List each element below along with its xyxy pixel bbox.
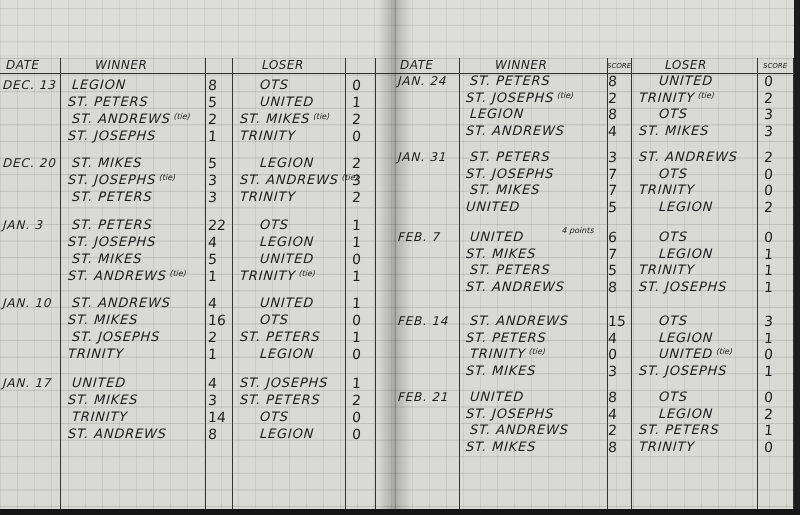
- winner-name: ST. MIKES: [465, 247, 536, 262]
- winner-team: ST. ANDREWS(tie): [67, 269, 186, 284]
- loser-team: TRINITY(tie): [239, 269, 315, 284]
- loser-team: OTS: [658, 230, 688, 245]
- winner-score: 4: [207, 235, 217, 251]
- loser-name: ST. PETERS: [239, 393, 320, 408]
- winner-name: ST. PETERS: [465, 331, 546, 346]
- loser-name: TRINITY: [239, 190, 296, 205]
- winner-team: ST. PETERS: [465, 331, 546, 346]
- loser-score: 1: [351, 218, 361, 234]
- winner-name: ST. PETERS: [67, 95, 148, 110]
- header-rule: [0, 73, 395, 74]
- loser-score: 2: [763, 91, 773, 107]
- winner-score: 14: [207, 410, 226, 426]
- winner-team: LEGION: [71, 78, 126, 93]
- round-date: DEC. 13: [3, 78, 58, 92]
- winner-team: ST. PETERS: [67, 95, 148, 110]
- column-header-loser: LOSER: [665, 58, 707, 72]
- winner-team: ST. PETERS: [71, 218, 152, 233]
- loser-name: ST. JOSEPHS: [638, 364, 727, 379]
- loser-name: OTS: [259, 218, 289, 233]
- winner-team: ST. JOSEPHS: [71, 330, 160, 345]
- loser-score: 2: [351, 112, 361, 128]
- winner-team: ST. ANDREWS: [469, 314, 569, 329]
- winner-team: ST. PETERS: [71, 190, 152, 205]
- winner-team: ST. MIKES: [71, 252, 142, 267]
- winner-score: 1: [207, 347, 217, 363]
- winner-name: ST. JOSEPHS: [71, 330, 160, 345]
- loser-team: UNITED: [259, 296, 314, 311]
- loser-team: LEGION: [658, 407, 713, 422]
- winner-name: ST. JOSEPHS: [465, 167, 554, 182]
- loser-name: ST. ANDREWS: [638, 150, 738, 165]
- winner-score: 5: [207, 252, 217, 268]
- loser-team: TRINITY: [638, 183, 695, 198]
- tie-mark: (tie): [299, 269, 316, 278]
- winner-score: 16: [207, 313, 226, 329]
- loser-name: OTS: [658, 314, 688, 329]
- loser-name: ST. ANDREWS: [239, 173, 339, 188]
- column-rule: [232, 58, 233, 510]
- winner-team: ST. MIKES: [71, 156, 142, 171]
- winner-team: LEGION: [469, 107, 524, 122]
- loser-name: OTS: [658, 230, 688, 245]
- winner-team: ST. ANDREWS: [71, 296, 171, 311]
- loser-score: 1: [351, 296, 361, 312]
- loser-score: 0: [351, 313, 361, 329]
- winner-score: 5: [607, 263, 617, 279]
- faint-page-header: [0, 0, 395, 55]
- winner-score: 8: [607, 440, 617, 456]
- column-header-score: SCORE: [607, 62, 631, 70]
- winner-score: 4: [207, 296, 217, 312]
- round-date: JAN. 10: [3, 296, 53, 310]
- winner-name: ST. ANDREWS: [469, 423, 569, 438]
- column-rule: [60, 58, 61, 510]
- loser-name: LEGION: [259, 347, 314, 362]
- round-date: FEB. 14: [398, 314, 450, 328]
- winner-team: ST. MIKES: [465, 247, 536, 262]
- winner-name: ST. ANDREWS: [465, 280, 565, 295]
- loser-name: LEGION: [658, 247, 713, 262]
- winner-team: ST. JOSEPHS: [465, 407, 554, 422]
- loser-team: OTS: [658, 314, 688, 329]
- loser-team: LEGION: [259, 347, 314, 362]
- loser-name: OTS: [658, 107, 688, 122]
- loser-name: OTS: [259, 78, 289, 93]
- winner-name: UNITED: [465, 200, 520, 215]
- column-header-winner: WINNER: [495, 58, 547, 72]
- tie-mark: (tie): [716, 347, 733, 356]
- loser-team: ST. MIKES(tie): [239, 112, 330, 127]
- winner-name: ST. PETERS: [469, 263, 550, 278]
- right-page: DATEWINNERSCORELOSERSCOREJAN. 24ST. PETE…: [395, 0, 795, 510]
- left-ledger-table: DATEWINNERLOSERDEC. 13LEGION8OTS0ST. PET…: [0, 58, 395, 510]
- winner-score: 7: [607, 183, 617, 199]
- loser-name: ST. PETERS: [638, 423, 719, 438]
- winner-name: ST. ANDREWS: [469, 314, 569, 329]
- loser-score: 0: [351, 347, 361, 363]
- round-date: DEC. 20: [3, 156, 58, 170]
- round-date: FEB. 21: [398, 390, 450, 404]
- winner-team: ST. MIKES: [469, 183, 540, 198]
- loser-score: 1: [763, 247, 773, 263]
- winner-team: ST. ANDREWS: [67, 427, 167, 442]
- loser-score: 3: [763, 314, 773, 330]
- loser-score: 0: [351, 252, 361, 268]
- winner-team: ST. PETERS: [469, 150, 550, 165]
- loser-team: LEGION: [259, 235, 314, 250]
- winner-team: ST. PETERS: [469, 74, 550, 89]
- winner-name: TRINITY: [67, 347, 124, 362]
- winner-name: ST. PETERS: [469, 74, 550, 89]
- round-date: JAN. 3: [3, 218, 45, 232]
- loser-name: LEGION: [658, 407, 713, 422]
- winner-score: 8: [607, 74, 617, 90]
- winner-score: 3: [207, 173, 217, 189]
- winner-score: 6: [607, 230, 617, 246]
- loser-score: 0: [763, 390, 773, 406]
- loser-name: TRINITY: [638, 263, 695, 278]
- loser-name: UNITED: [658, 347, 713, 362]
- loser-score: 2: [351, 156, 361, 172]
- loser-score: 1: [763, 331, 773, 347]
- loser-score: 0: [351, 129, 361, 145]
- winner-score: 4: [607, 407, 617, 423]
- loser-name: TRINITY: [638, 183, 695, 198]
- column-rule: [345, 58, 346, 510]
- winner-team: ST. JOSEPHS: [67, 235, 156, 250]
- loser-team: OTS: [259, 218, 289, 233]
- winner-name: ST. ANDREWS: [71, 296, 171, 311]
- loser-score: 1: [351, 269, 361, 285]
- loser-name: TRINITY: [239, 269, 296, 284]
- loser-team: LEGION: [658, 247, 713, 262]
- winner-name: ST. JOSEPHS: [67, 129, 156, 144]
- winner-team: ST. MIKES: [67, 393, 138, 408]
- loser-name: OTS: [259, 313, 289, 328]
- loser-score: 0: [763, 440, 773, 456]
- tie-mark: (tie): [557, 91, 574, 100]
- winner-score: 4: [607, 331, 617, 347]
- winner-name: ST. ANDREWS: [67, 269, 167, 284]
- loser-team: ST. JOSEPHS: [638, 364, 727, 379]
- loser-team: OTS: [658, 390, 688, 405]
- round-date: JAN. 17: [3, 376, 53, 390]
- left-page: DATEWINNERLOSERDEC. 13LEGION8OTS0ST. PET…: [0, 0, 395, 510]
- winner-name: ST. ANDREWS: [67, 427, 167, 442]
- winner-name: TRINITY: [469, 347, 526, 362]
- winner-score: 8: [607, 107, 617, 123]
- column-rule: [375, 58, 376, 510]
- loser-team: ST. ANDREWS(tie): [239, 173, 358, 188]
- loser-name: LEGION: [259, 235, 314, 250]
- winner-team: ST. JOSEPHS: [67, 129, 156, 144]
- loser-name: OTS: [658, 390, 688, 405]
- winner-name: ST. MIKES: [465, 440, 536, 455]
- right-ledger-table: DATEWINNERSCORELOSERSCOREJAN. 24ST. PETE…: [395, 58, 795, 510]
- column-header-loser-score: SCORE: [763, 62, 787, 70]
- tie-mark: (tie): [170, 269, 187, 278]
- winner-score: 5: [607, 200, 617, 216]
- round-date: JAN. 24: [398, 74, 448, 88]
- loser-team: ST. PETERS: [239, 393, 320, 408]
- winner-name: ST. JOSEPHS: [465, 91, 554, 106]
- loser-score: 3: [351, 173, 361, 189]
- winner-team: ST. ANDREWS: [469, 423, 569, 438]
- winner-team: ST. JOSEPHS(tie): [465, 91, 574, 106]
- loser-team: OTS: [658, 167, 688, 182]
- tie-mark: (tie): [313, 112, 330, 121]
- winner-score: 1: [207, 129, 217, 145]
- loser-name: ST. MIKES: [239, 112, 310, 127]
- column-rule: [631, 58, 632, 510]
- winner-score: 5: [207, 156, 217, 172]
- loser-team: OTS: [658, 107, 688, 122]
- loser-score: 1: [763, 263, 773, 279]
- loser-name: TRINITY: [239, 129, 296, 144]
- loser-score: 2: [763, 150, 773, 166]
- winner-team: ST. MIKES: [67, 313, 138, 328]
- winner-score: 8: [207, 78, 217, 94]
- loser-team: ST. PETERS: [239, 330, 320, 345]
- winner-score: 2: [607, 423, 617, 439]
- winner-team: UNITED: [71, 376, 126, 391]
- loser-team: OTS: [259, 410, 289, 425]
- winner-score: 2: [607, 91, 617, 107]
- loser-team: OTS: [259, 313, 289, 328]
- winner-name: ST. PETERS: [71, 190, 152, 205]
- page-edge: [794, 0, 800, 515]
- loser-score: 0: [351, 410, 361, 426]
- winner-score: 22: [207, 218, 226, 234]
- loser-score: 2: [351, 190, 361, 206]
- loser-score: 1: [351, 330, 361, 346]
- winner-name: UNITED: [469, 230, 524, 245]
- loser-team: ST. JOSEPHS: [239, 376, 328, 391]
- winner-score: 3: [607, 150, 617, 166]
- open-scorebook: DATEWINNERLOSERDEC. 13LEGION8OTS0ST. PET…: [0, 0, 800, 515]
- winner-team: ST. JOSEPHS: [465, 167, 554, 182]
- tie-mark: (tie): [529, 347, 546, 356]
- winner-team: ST. ANDREWS(tie): [71, 112, 190, 127]
- winner-team: ST. MIKES: [465, 364, 536, 379]
- loser-team: LEGION: [259, 156, 314, 171]
- winner-score: 5: [207, 95, 217, 111]
- loser-team: UNITED: [658, 74, 713, 89]
- winner-score: 8: [607, 280, 617, 296]
- loser-score: 0: [763, 183, 773, 199]
- loser-score: 0: [351, 427, 361, 443]
- tie-mark: (tie): [159, 173, 176, 182]
- column-header-winner: WINNER: [95, 58, 147, 72]
- loser-team: ST. JOSEPHS: [638, 280, 727, 295]
- winner-name: ST. MIKES: [67, 393, 138, 408]
- column-rule: [205, 58, 206, 510]
- round-date: FEB. 7: [398, 230, 442, 244]
- score-note: 4 points: [562, 226, 595, 235]
- winner-team: TRINITY(tie): [469, 347, 545, 362]
- winner-score: 8: [607, 390, 617, 406]
- loser-score: 1: [763, 364, 773, 380]
- loser-name: OTS: [658, 167, 688, 182]
- loser-team: UNITED: [259, 95, 314, 110]
- winner-team: ST. JOSEPHS(tie): [67, 173, 176, 188]
- loser-team: UNITED: [259, 252, 314, 267]
- loser-name: ST. JOSEPHS: [239, 376, 328, 391]
- loser-score: 0: [763, 74, 773, 90]
- faint-page-header: [395, 0, 795, 55]
- column-header-loser: LOSER: [262, 58, 304, 72]
- winner-name: ST. MIKES: [71, 252, 142, 267]
- winner-name: TRINITY: [71, 410, 128, 425]
- loser-score: 1: [763, 280, 773, 296]
- winner-score: 8: [207, 427, 217, 443]
- loser-team: ST. PETERS: [638, 423, 719, 438]
- loser-name: ST. PETERS: [239, 330, 320, 345]
- winner-team: UNITED: [469, 390, 524, 405]
- loser-team: TRINITY: [638, 440, 695, 455]
- loser-score: 0: [763, 167, 773, 183]
- winner-name: UNITED: [71, 376, 126, 391]
- winner-name: ST. MIKES: [465, 364, 536, 379]
- winner-name: ST. ANDREWS: [71, 112, 171, 127]
- header-rule: [395, 73, 795, 74]
- loser-team: LEGION: [259, 427, 314, 442]
- winner-team: ST. PETERS: [469, 263, 550, 278]
- winner-score: 4: [207, 376, 217, 392]
- winner-team: UNITED: [465, 200, 520, 215]
- winner-score: 0: [607, 347, 617, 363]
- winner-name: ST. MIKES: [71, 156, 142, 171]
- loser-team: TRINITY(tie): [638, 91, 714, 106]
- winner-score: 7: [607, 247, 617, 263]
- winner-name: ST. MIKES: [67, 313, 138, 328]
- winner-score: 15: [607, 314, 626, 330]
- loser-score: 1: [351, 376, 361, 392]
- loser-score: 0: [763, 230, 773, 246]
- loser-score: 1: [351, 235, 361, 251]
- winner-name: ST. ANDREWS: [465, 124, 565, 139]
- winner-score: 2: [207, 330, 217, 346]
- loser-score: 3: [763, 107, 773, 123]
- tie-mark: (tie): [698, 91, 715, 100]
- winner-score: 4: [607, 124, 617, 140]
- round-date: JAN. 31: [398, 150, 448, 164]
- loser-team: ST. MIKES: [638, 124, 709, 139]
- loser-team: ST. ANDREWS: [638, 150, 738, 165]
- winner-score: 3: [207, 393, 217, 409]
- winner-name: ST. PETERS: [71, 218, 152, 233]
- loser-score: 0: [351, 78, 361, 94]
- loser-score: 3: [763, 124, 773, 140]
- loser-score: 1: [763, 423, 773, 439]
- winner-team: ST. ANDREWS: [465, 280, 565, 295]
- column-rule: [459, 58, 460, 510]
- loser-name: TRINITY: [638, 440, 695, 455]
- loser-team: OTS: [259, 78, 289, 93]
- loser-name: OTS: [259, 410, 289, 425]
- loser-score: 2: [763, 407, 773, 423]
- winner-team: TRINITY: [71, 410, 128, 425]
- column-header-date: DATE: [6, 58, 40, 72]
- loser-name: LEGION: [259, 427, 314, 442]
- loser-score: 2: [763, 200, 773, 216]
- loser-score: 0: [763, 347, 773, 363]
- loser-score: 1: [351, 95, 361, 111]
- winner-name: ST. MIKES: [469, 183, 540, 198]
- loser-name: LEGION: [259, 156, 314, 171]
- winner-name: ST. JOSEPHS: [465, 407, 554, 422]
- winner-name: UNITED: [469, 390, 524, 405]
- winner-team: ST. ANDREWS: [465, 124, 565, 139]
- tie-mark: (tie): [174, 112, 191, 121]
- winner-name: LEGION: [469, 107, 524, 122]
- loser-name: UNITED: [658, 74, 713, 89]
- column-rule: [757, 58, 758, 510]
- loser-name: TRINITY: [638, 91, 695, 106]
- winner-name: ST. PETERS: [469, 150, 550, 165]
- winner-score: 2: [207, 112, 217, 128]
- winner-name: LEGION: [71, 78, 126, 93]
- winner-score: 3: [607, 364, 617, 380]
- winner-name: ST. JOSEPHS: [67, 235, 156, 250]
- loser-team: TRINITY: [239, 190, 296, 205]
- loser-name: LEGION: [658, 200, 713, 215]
- loser-team: LEGION: [658, 331, 713, 346]
- winner-team: UNITED: [469, 230, 524, 245]
- loser-team: TRINITY: [638, 263, 695, 278]
- loser-score: 2: [351, 393, 361, 409]
- loser-team: TRINITY: [239, 129, 296, 144]
- winner-score: 1: [207, 269, 217, 285]
- page-edge: [0, 509, 800, 515]
- loser-team: LEGION: [658, 200, 713, 215]
- loser-name: ST. MIKES: [638, 124, 709, 139]
- winner-score: 3: [207, 190, 217, 206]
- winner-name: ST. JOSEPHS: [67, 173, 156, 188]
- winner-team: ST. MIKES: [465, 440, 536, 455]
- loser-name: UNITED: [259, 252, 314, 267]
- column-header-date: DATE: [400, 58, 434, 72]
- loser-team: UNITED(tie): [658, 347, 733, 362]
- winner-team: TRINITY: [67, 347, 124, 362]
- loser-name: UNITED: [259, 296, 314, 311]
- winner-score: 7: [607, 167, 617, 183]
- loser-name: LEGION: [658, 331, 713, 346]
- loser-name: ST. JOSEPHS: [638, 280, 727, 295]
- loser-name: UNITED: [259, 95, 314, 110]
